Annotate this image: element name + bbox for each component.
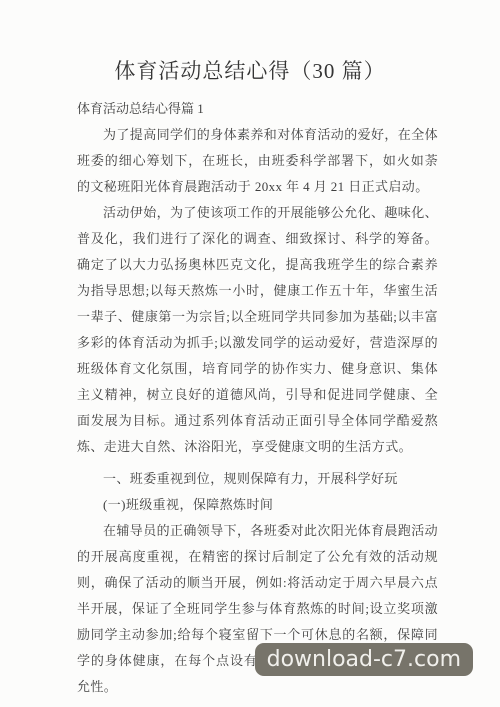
document-title: 体育活动总结心得（30 篇）: [0, 55, 500, 85]
document-body: 体育活动总结心得篇 1 为了提高同学们的身体素养和对体育活动的爱好，在全体班委的…: [0, 99, 500, 700]
section-heading: 体育活动总结心得篇 1: [77, 99, 438, 119]
paragraph-heading-level2: (一)班级重视，保障熬炼时间: [77, 492, 438, 518]
watermark-badge: download-c7.com: [255, 643, 473, 676]
document-page: 体育活动总结心得（30 篇） 体育活动总结心得篇 1 为了提高同学们的身体素养和…: [0, 0, 500, 707]
document-screenshot: { "document": { "title": "体育活动总结心得（30 篇）…: [0, 0, 500, 707]
paragraph: 为了提高同学们的身体素养和对体育活动的爱好，在全体班委的细心筹划下，在班长，由班…: [77, 122, 438, 200]
paragraph: 活动伊始，为了使该项工作的开展能够公允化、趣味化、普及化，我们进行了深化的调查、…: [77, 200, 438, 460]
paragraph-heading-level1: 一、班委重视到位，规则保障有力，开展科学好玩: [77, 466, 438, 492]
watermark-label: download-c7.com: [267, 647, 461, 672]
